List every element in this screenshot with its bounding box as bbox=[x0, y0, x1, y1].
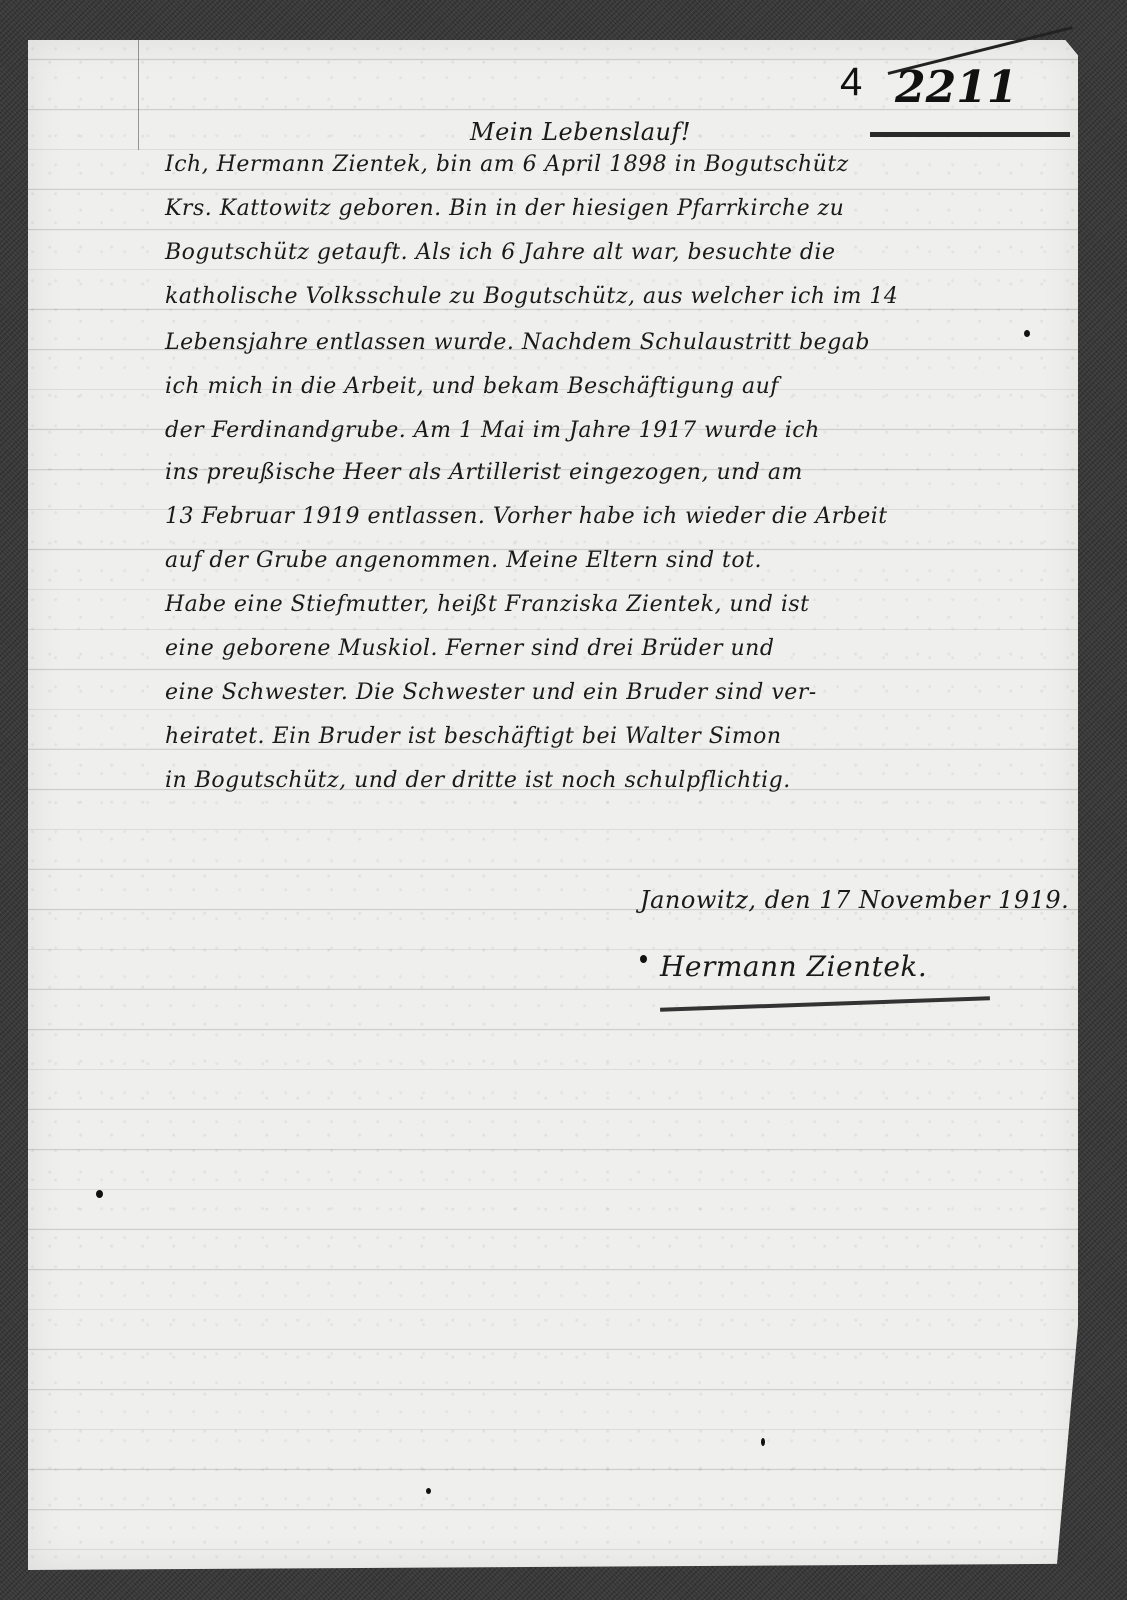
text-line: Lebensjahre entlassen wurde. Nachdem Sch… bbox=[165, 330, 870, 355]
text-line: der Ferdinandgrube. Am 1 Mai im Jahre 19… bbox=[165, 418, 820, 443]
text-line: 13 Februar 1919 entlassen. Vorher habe i… bbox=[165, 504, 888, 529]
text-line: Ich, Hermann Zientek, bin am 6 April 189… bbox=[165, 152, 849, 177]
ink-spot bbox=[761, 1438, 765, 1446]
document-title: Mein Lebenslauf! bbox=[470, 118, 691, 146]
text-line: katholische Volksschule zu Bogutschütz, … bbox=[165, 284, 898, 309]
ink-spot bbox=[1024, 330, 1030, 337]
text-line: heiratet. Ein Bruder ist beschäftigt bei… bbox=[165, 724, 782, 749]
text-line: eine geborene Muskiol. Ferner sind drei … bbox=[165, 636, 774, 661]
place-and-date: Janowitz, den 17 November 1919. bbox=[640, 886, 1069, 914]
ink-spot bbox=[96, 1190, 103, 1198]
ink-spot bbox=[640, 955, 647, 963]
text-line: eine Schwester. Die Schwester und ein Br… bbox=[165, 680, 817, 705]
reference-underline bbox=[870, 132, 1070, 137]
ink-spot bbox=[426, 1488, 431, 1494]
text-line: ich mich in die Arbeit, und bekam Beschä… bbox=[165, 374, 779, 399]
struck-reference-number: 2211 bbox=[895, 62, 1017, 113]
signature: Hermann Zientek. bbox=[660, 950, 927, 983]
reference-number: 4 bbox=[840, 60, 862, 105]
text-line: Bogutschütz getauft. Als ich 6 Jahre alt… bbox=[165, 240, 836, 265]
text-line: auf der Grube angenommen. Meine Eltern s… bbox=[165, 548, 762, 573]
margin-line bbox=[138, 40, 139, 150]
document-page bbox=[28, 40, 1078, 1570]
text-line: in Bogutschütz, und der dritte ist noch … bbox=[165, 768, 791, 793]
text-line: Krs. Kattowitz geboren. Bin in der hiesi… bbox=[165, 196, 844, 221]
text-line: Habe eine Stiefmutter, heißt Franziska Z… bbox=[165, 592, 810, 617]
text-line: ins preußische Heer als Artillerist eing… bbox=[165, 460, 803, 485]
